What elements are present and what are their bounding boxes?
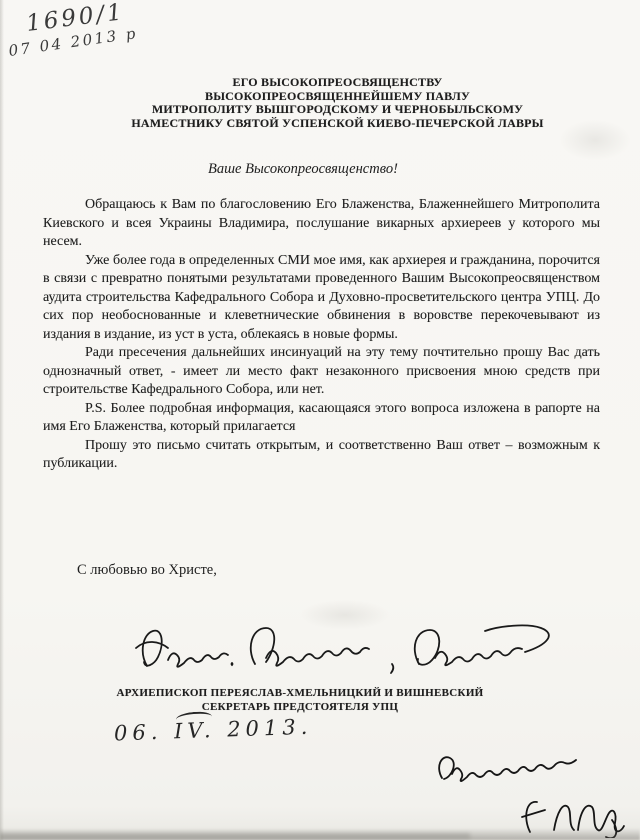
signer-title-line-1: АРХИЕПИСКОП ПЕРЕЯСЛАВ-ХМЕЛЬНИЦКИЙ И ВИШН… <box>90 686 510 700</box>
recipient-block: ЕГО ВЫСОКОПРЕОСВЯЩЕНСТВУ ВЫСОКОПРЕОСВЯЩЕ… <box>110 76 565 130</box>
recipient-line-2: ВЫСОКОПРЕОСВЯЩЕННЕЙШЕМУ ПАВЛУ <box>110 90 565 104</box>
closing-line: С любовью во Христе, <box>77 562 217 579</box>
paragraph-1: Обращаюсь к Вам по благословению Его Бла… <box>43 196 600 252</box>
paragraph-5: Прошу это письмо считать открытым, и соо… <box>43 437 600 474</box>
scanned-letter-page: 1690/1 07 04 2013 р ЕГО ВЫСОКОПРЕОСВЯЩЕН… <box>0 0 640 840</box>
signature-handwriting <box>133 618 558 681</box>
signer-title-line-2: СЕКРЕТАРЬ ПРЕДСТОЯТЕЛЯ УПЦ <box>90 700 510 714</box>
letter-body: Обращаюсь к Вам по благословению Его Бла… <box>43 196 600 474</box>
scan-bottom-edge-shadow <box>0 828 640 840</box>
scan-artifact <box>560 120 630 160</box>
handwritten-note-upper <box>432 750 600 793</box>
recipient-line-4: НАМЕСТНИКУ СВЯТОЙ УСПЕНСКОЙ КИЕВО-ПЕЧЕРС… <box>110 117 565 131</box>
handwritten-date: 06. IV. 2013. <box>114 715 313 746</box>
scan-left-edge-shadow <box>0 0 4 840</box>
paragraph-4: P.S. Более подробная информация, касающа… <box>43 400 600 437</box>
paragraph-2: Уже более года в определенных СМИ мое им… <box>43 252 600 345</box>
salutation: Ваше Высокопреосвященство! <box>208 161 398 178</box>
recipient-line-1: ЕГО ВЫСОКОПРЕОСВЯЩЕНСТВУ <box>110 76 565 90</box>
signer-title-block: АРХИЕПИСКОП ПЕРЕЯСЛАВ-ХМЕЛЬНИЦКИЙ И ВИШН… <box>90 686 510 714</box>
paragraph-3: Ради пресечения дальнейших инсинуаций на… <box>43 344 600 400</box>
recipient-line-3: МИТРОПОЛИТУ ВЫШГОРОДСКОМУ И ЧЕРНОБЫЛЬСКО… <box>110 103 565 117</box>
